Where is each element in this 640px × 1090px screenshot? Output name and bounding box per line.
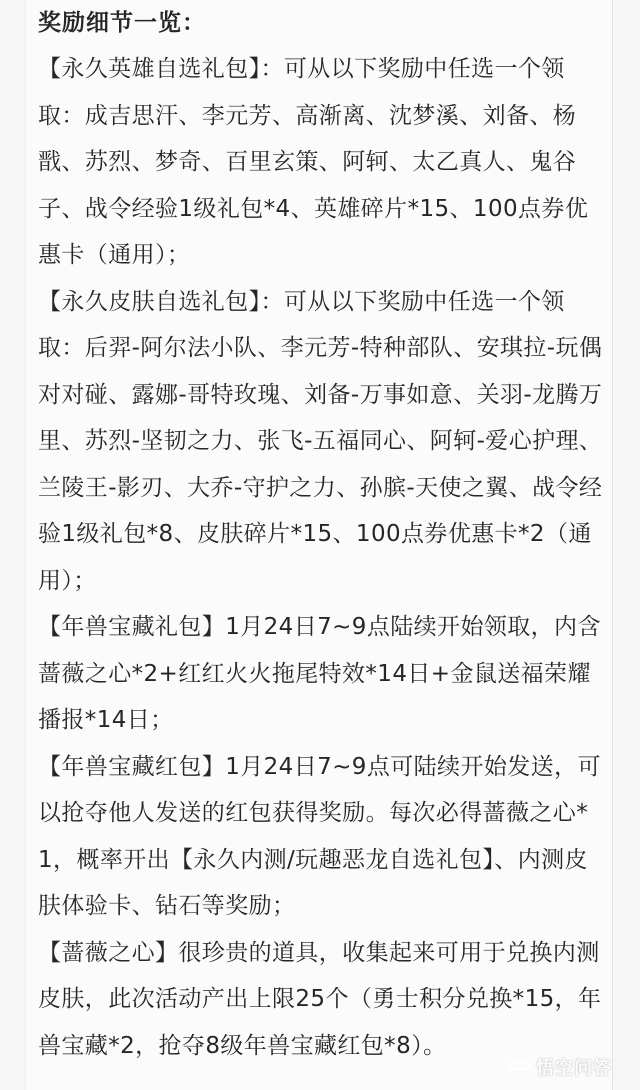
- reward-paragraph-red-envelope: 【年兽宝藏红包】1月24日7~9点可陆续开始发送，可以抢夺他人发送的红包获得奖励…: [38, 744, 608, 930]
- watermark-text: 悟空问答: [536, 1054, 612, 1080]
- reward-paragraph-skin-pack: 【永久皮肤自选礼包】：可从以下奖励中任选一个领取：后羿-阿尔法小队、李元芳-特种…: [38, 279, 608, 605]
- reward-paragraph-rose-heart: 【蔷薇之心】很珍贵的道具，收集起来可用于兑换内测皮肤，此次活动产出上限25个（勇…: [38, 930, 608, 1070]
- reward-paragraph-treasure-pack: 【年兽宝藏礼包】1月24日7~9点陆续开始领取，内含蔷薇之心*2+红红火火拖尾特…: [38, 604, 608, 744]
- chat-bubbles-icon: [509, 1058, 531, 1076]
- section-title: 奖励细节一览：: [38, 0, 608, 46]
- article-content: 奖励细节一览： 【永久英雄自选礼包】：可从以下奖励中任选一个领取：成吉思汗、李元…: [38, 0, 608, 1069]
- reward-paragraph-hero-pack: 【永久英雄自选礼包】：可从以下奖励中任选一个领取：成吉思汗、李元芳、高渐离、沈梦…: [38, 46, 608, 279]
- watermark: 悟空问答: [509, 1054, 612, 1080]
